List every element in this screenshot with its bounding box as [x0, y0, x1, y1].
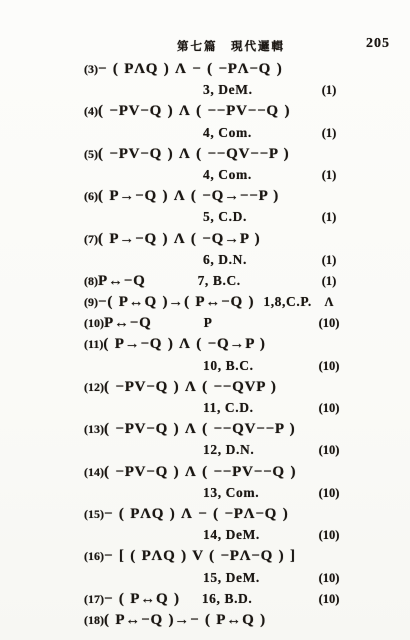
dependency-ref: (10): [308, 401, 350, 416]
proof-line: (15)− ( PΛQ ) Λ − ( −PΛ−Q ): [0, 505, 410, 526]
proof-line: (9)−( P↔Q )→( P↔−Q )1,8,C.P.Λ: [0, 293, 410, 314]
proof-line: (13)( −PV−Q ) Λ ( −−QV−−P ): [0, 420, 410, 441]
proof-line: (7)( P→−Q ) Λ ( −Q→P ): [0, 230, 410, 251]
line-number: (16): [84, 549, 104, 563]
justification-text: 6, D.N.: [203, 252, 247, 268]
justification-text: 13, Com.: [203, 485, 259, 501]
dependency-ref: (1): [308, 274, 350, 289]
dependency-ref: (1): [308, 168, 350, 183]
dependency-ref: (10): [308, 592, 350, 607]
justification-text: P: [204, 315, 213, 330]
line-number: (17): [84, 592, 104, 606]
formula-text: ( −PV−Q ) Λ ( −−QV−−P ): [98, 146, 289, 162]
proof-justification-line: 5, C.D.(1): [0, 208, 410, 229]
line-number: (18): [84, 613, 104, 627]
justification-text: 7, B.C.: [198, 273, 241, 288]
proof-justification-line: 11, C.D.(10): [0, 399, 410, 420]
book-page: 第七篇 現代邏輯 205 (3)− ( PΛQ ) Λ − ( −PΛ−Q )3…: [0, 0, 410, 640]
formula-text: ( P→−Q ) Λ ( −Q→P ): [98, 231, 260, 247]
line-number: (14): [84, 465, 104, 479]
justification-text: 4, Com.: [203, 167, 252, 183]
formula-text: − ( PΛQ ) Λ − ( −PΛ−Q ): [98, 61, 283, 77]
dependency-ref: (10): [308, 528, 350, 543]
dependency-ref: (1): [308, 253, 350, 268]
line-number: (4): [84, 104, 98, 118]
proof-justification-line: 10, B.C.(10): [0, 357, 410, 378]
justification-text: 4, Com.: [203, 125, 252, 141]
justification-text: 5, C.D.: [203, 209, 247, 225]
proof-justification-line: 13, Com.(10): [0, 484, 410, 505]
justification-text: 11, C.D.: [203, 400, 254, 416]
line-number: (12): [84, 380, 104, 394]
proof-line: (4)( −PV−Q ) Λ ( −−PV−−Q ): [0, 102, 410, 123]
page-header: 第七篇 現代邏輯 205: [0, 38, 410, 56]
chapter-title: 第七篇 現代邏輯: [177, 38, 285, 54]
line-number: (3): [84, 62, 98, 76]
proof-derivation: (3)− ( PΛQ ) Λ − ( −PΛ−Q )3, DeM.(1)(4)(…: [0, 60, 410, 632]
dependency-ref: (10): [308, 443, 350, 458]
proof-line: (16)− [ ( PΛQ ) V ( −PΛ−Q ) ]: [0, 547, 410, 568]
dependency-ref: (10): [308, 359, 350, 374]
dependency-ref: (10): [308, 571, 350, 586]
proof-justification-line: 12, D.N.(10): [0, 441, 410, 462]
proof-line: (18)( P↔−Q )→− ( P↔Q ): [0, 611, 410, 632]
dependency-ref: (10): [308, 316, 350, 331]
dependency-ref: Λ: [308, 295, 350, 310]
proof-justification-line: 15, DeM.(10): [0, 569, 410, 590]
line-number: (15): [84, 507, 104, 521]
formula-text: P↔−Q: [98, 273, 146, 289]
dependency-ref: (10): [308, 486, 350, 501]
line-number: (9): [84, 295, 98, 309]
justification-text: 14, DeM.: [203, 527, 260, 543]
line-number: (7): [84, 232, 98, 246]
justification-text: 15, DeM.: [203, 570, 260, 586]
justification-text: 3, DeM.: [203, 82, 253, 98]
formula-text: − ( PΛQ ) Λ − ( −PΛ−Q ): [104, 506, 289, 522]
formula-text: ( P→−Q ) Λ ( −Q→−−P ): [98, 188, 279, 204]
formula-text: ( −PV−Q ) Λ ( −−PV−−Q ): [104, 464, 296, 480]
proof-line: (6)( P→−Q ) Λ ( −Q→−−P ): [0, 187, 410, 208]
page-number: 205: [366, 36, 390, 52]
proof-line: (8)P↔−Q7, B.C.(1): [0, 272, 410, 293]
formula-text: ( −PV−Q ) Λ ( −−QV−−P ): [104, 421, 295, 437]
dependency-ref: (1): [308, 83, 350, 98]
proof-justification-line: 4, Com.(1): [0, 166, 410, 187]
dependency-ref: (1): [308, 210, 350, 225]
formula-text: − [ ( PΛQ ) V ( −PΛ−Q ) ]: [104, 548, 296, 564]
line-number: (13): [84, 422, 104, 436]
proof-justification-line: 3, DeM.(1): [0, 81, 410, 102]
proof-line: (3)− ( PΛQ ) Λ − ( −PΛ−Q ): [0, 60, 410, 81]
proof-justification-line: 6, D.N.(1): [0, 251, 410, 272]
justification-text: 1,8,C.P.: [263, 294, 312, 309]
formula-text: ( P→−Q ) Λ ( −Q→P ): [103, 336, 265, 352]
formula-text: P↔−Q: [104, 315, 152, 331]
justification-text: 10, B.C.: [203, 358, 254, 374]
proof-line: (5)( −PV−Q ) Λ ( −−QV−−P ): [0, 145, 410, 166]
proof-line: (10)P↔−QP(10): [0, 314, 410, 335]
proof-justification-line: 14, DeM.(10): [0, 526, 410, 547]
formula-text: ( −PV−Q ) Λ ( −−PV−−Q ): [98, 103, 290, 119]
justification-text: 12, D.N.: [203, 442, 254, 458]
justification-text: 16, B.D.: [202, 591, 253, 606]
dependency-ref: (1): [308, 126, 350, 141]
line-number: (6): [84, 189, 98, 203]
proof-line: (11)( P→−Q ) Λ ( −Q→P ): [0, 335, 410, 356]
line-number: (10): [84, 316, 104, 330]
line-number: (8): [84, 274, 98, 288]
line-number: (11): [84, 337, 103, 351]
formula-text: − ( P↔Q ): [104, 591, 180, 607]
formula-text: ( −PV−Q ) Λ ( −−QVP ): [104, 379, 277, 395]
proof-line: (14)( −PV−Q ) Λ ( −−PV−−Q ): [0, 463, 410, 484]
formula-text: ( P↔−Q )→− ( P↔Q ): [104, 612, 266, 628]
line-number: (5): [84, 147, 98, 161]
proof-justification-line: 4, Com.(1): [0, 124, 410, 145]
proof-line: (12)( −PV−Q ) Λ ( −−QVP ): [0, 378, 410, 399]
formula-text: −( P↔Q )→( P↔−Q ): [98, 294, 254, 310]
proof-line: (17)− ( P↔Q )16, B.D.(10): [0, 590, 410, 611]
